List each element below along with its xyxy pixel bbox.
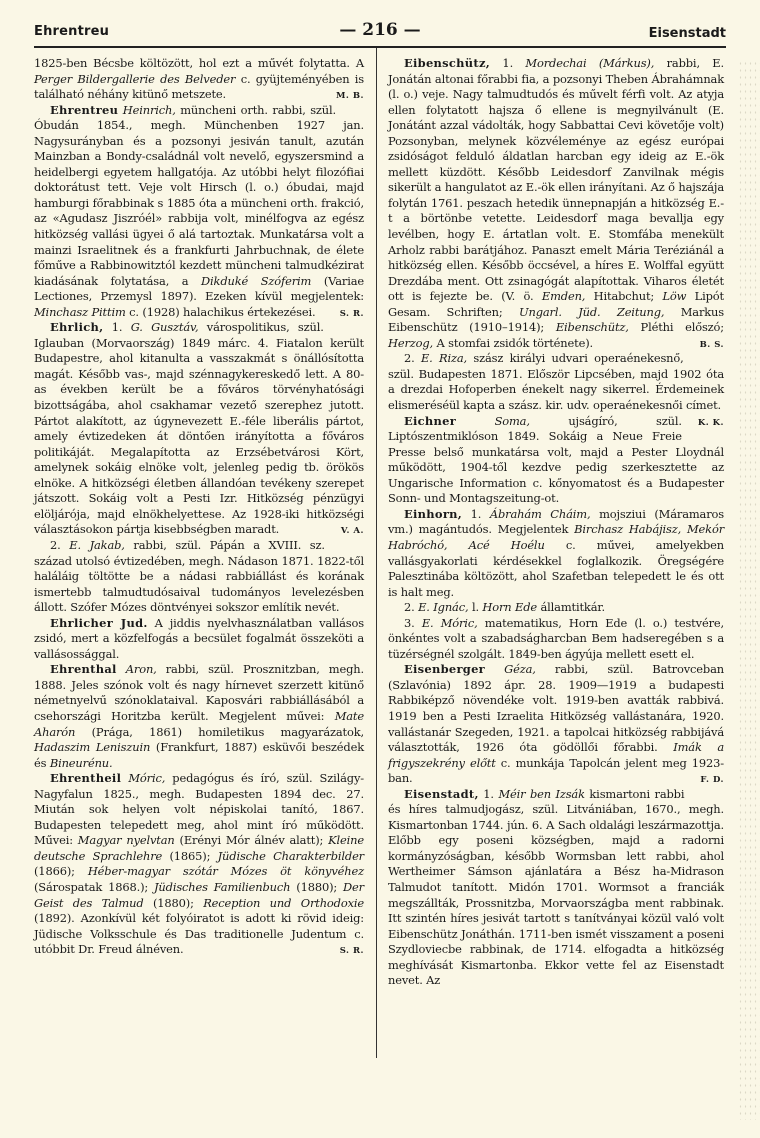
italic-term: Jüdisches Familienbuch	[154, 880, 290, 894]
right-column: Eibenschütz, 1. Mordechai (Márkus), rabb…	[388, 56, 724, 989]
entry-text: (1865);	[162, 849, 217, 863]
italic-term: Ungarl. Jüd. Zeitung,	[519, 305, 664, 319]
column-divider	[376, 48, 377, 1058]
entry-headword: Ehrentheil	[50, 771, 121, 785]
italic-term: E. Riza,	[421, 351, 467, 365]
entry-text: (1866);	[34, 864, 88, 878]
italic-term: Eibenschütz,	[556, 320, 629, 334]
lexicon-entry: Ehrlich, 1. G. Gusztáv, várospolitikus, …	[34, 320, 364, 538]
entry-text	[456, 414, 495, 428]
entry-text	[485, 662, 504, 676]
lexicon-entry: 3. E. Móric, matematikus, Horn Ede (l. o…	[388, 616, 724, 663]
lexicon-entry: Eichner Soma, ujságíró, szül. Liptószent…	[388, 414, 724, 507]
italic-term: Méir ben Izsák	[498, 787, 584, 801]
entry-text: 2.	[404, 351, 421, 365]
entry-text: 1.	[490, 56, 525, 70]
entry-text: 1825-ben Bécsbe költözött, hol ezt a műv…	[34, 56, 364, 70]
lexicon-entry: Eisenberger Géza, rabbi, szül. Batrovceb…	[388, 662, 724, 786]
entry-text: A stomfai zsidók története).	[433, 336, 593, 350]
entry-text: (Prága, 1861) homiletikus magyarázatok,	[75, 725, 364, 739]
italic-term: Minchasz Pittim	[34, 305, 126, 319]
entry-headword: Eisenberger	[404, 662, 485, 676]
italic-term: Löw	[662, 289, 686, 303]
entry-headword: Ehrlich,	[50, 320, 103, 334]
entry-text: kismartoni rabbi és híres talmudjogász, …	[388, 787, 724, 988]
italic-term: Herzog,	[388, 336, 433, 350]
entry-headword: Ehrentreu	[50, 103, 118, 117]
page-number: — 216 —	[34, 20, 726, 40]
entry-text: l.	[468, 600, 482, 614]
italic-term: G. Gusztáv,	[131, 320, 199, 334]
italic-term: Jüdische Charakterbilder	[218, 849, 364, 863]
entry-headword: Ehrenthal	[50, 662, 117, 676]
entry-text: 2.	[404, 600, 418, 614]
entry-text	[117, 662, 126, 676]
italic-term: Hadaszim Leniszuin	[34, 740, 150, 754]
entry-headword: Einhorn,	[404, 507, 462, 521]
entry-text: rabbi, E. Jonátán altonai főrabbi fia, a…	[388, 56, 724, 303]
entry-text: Pléthi előszó;	[629, 320, 724, 334]
entry-text: (1892). Azonkívül két folyóiratot is ado…	[34, 911, 364, 956]
italic-term: Héber-magyar szótár Mózes öt könyvéhez	[88, 864, 364, 878]
italic-term: Heinrich,	[123, 103, 176, 117]
author-signature: F. D.	[684, 773, 724, 789]
entry-text: (1880);	[290, 880, 343, 894]
italic-term: Mordechai (Márkus),	[525, 56, 654, 70]
italic-term: E. Ignác,	[418, 600, 468, 614]
entry-headword: Eichner	[404, 414, 456, 428]
lexicon-entry: Ehrentreu Heinrich, müncheni orth. rabbi…	[34, 103, 364, 321]
entry-text: 1.	[462, 507, 490, 521]
italic-term: Aron,	[126, 662, 157, 676]
entry-text: c. (1928) halachikus értekezései.	[126, 305, 316, 319]
italic-term: Magyar nyelvtan	[78, 833, 175, 847]
author-signature: M. B.	[336, 89, 364, 105]
lexicon-entry: 2. E. Jakab, rabbi, szül. Pápán a XVIII.…	[34, 538, 364, 616]
entry-text: államtitkár.	[537, 600, 605, 614]
italic-term: Géza,	[504, 662, 536, 676]
page-header: Ehrentreu — 216 — Eisenstadt	[34, 18, 726, 48]
lexicon-entry: 2. E. Riza, szász királyi udvari operaén…	[388, 351, 724, 413]
lexicon-entry: Einhorn, 1. Ábrahám Cháim, mojsziui (Már…	[388, 507, 724, 600]
entry-text: 3.	[404, 616, 422, 630]
entry-text: 1.	[479, 787, 499, 801]
lexicon-entry: Ehrlicher Jud. A jiddis nyelvhasználatba…	[34, 616, 364, 663]
italic-term: Bineurénu.	[50, 756, 113, 770]
italic-term: Dikduké Szóferim	[201, 274, 311, 288]
entry-headword: Ehrlicher Jud.	[50, 616, 148, 630]
lexicon-entry: 2. E. Ignác, l. Horn Ede államtitkár.	[388, 600, 724, 616]
lexicon-entry: Ehrentheil Móric, pedagógus és író, szül…	[34, 771, 364, 958]
entry-text: (Erényi Mór álnév alatt);	[175, 833, 328, 847]
entry-text: 1.	[103, 320, 130, 334]
author-signature: V. A.	[325, 524, 364, 540]
italic-term: Ábrahám Cháim,	[490, 507, 591, 521]
lexicon-entry: Eibenschütz, 1. Mordechai (Márkus), rabb…	[388, 56, 724, 351]
author-signature: S. R.	[324, 944, 364, 960]
italic-term: Reception und Orthodoxie	[203, 896, 364, 910]
italic-term: Horn Ede	[482, 600, 537, 614]
lexicon-entry: Ehrenthal Aron, rabbi, szül. Prosznitzba…	[34, 662, 364, 771]
entry-text: müncheni orth. rabbi, szül. Óbudán 1854.…	[34, 103, 364, 288]
author-signature: B. S.	[684, 338, 724, 354]
italic-term: Soma,	[495, 414, 530, 428]
entry-headword: Eibenschütz,	[404, 56, 490, 70]
entry-text: 2.	[50, 538, 69, 552]
page-edge-speckle	[738, 60, 760, 1120]
italic-term: E. Móric,	[422, 616, 478, 630]
italic-term: E. Jakab,	[69, 538, 125, 552]
entry-text: várospolitikus, szül. Iglauban (Morvaors…	[34, 320, 364, 536]
entry-text: (1880);	[144, 896, 204, 910]
author-signature: K. K.	[682, 416, 724, 432]
entry-headword: Eisenstadt,	[404, 787, 479, 801]
running-head-right: Eisenstadt	[649, 26, 726, 41]
entry-text: Hitabchut;	[585, 289, 662, 303]
lexicon-entry: Eisenstadt, 1. Méir ben Izsák kismartoni…	[388, 787, 724, 989]
continued-paragraph: 1825-ben Bécsbe költözött, hol ezt a műv…	[34, 56, 364, 103]
italic-term: Perger Bildergallerie des Belveder	[34, 72, 235, 86]
italic-term: Móric,	[128, 771, 165, 785]
italic-term: Emden,	[542, 289, 585, 303]
left-column: 1825-ben Bécsbe költözött, hol ezt a műv…	[34, 56, 364, 960]
author-signature: S. R.	[324, 307, 364, 323]
entry-text: (Sárospatak 1868.);	[34, 880, 154, 894]
